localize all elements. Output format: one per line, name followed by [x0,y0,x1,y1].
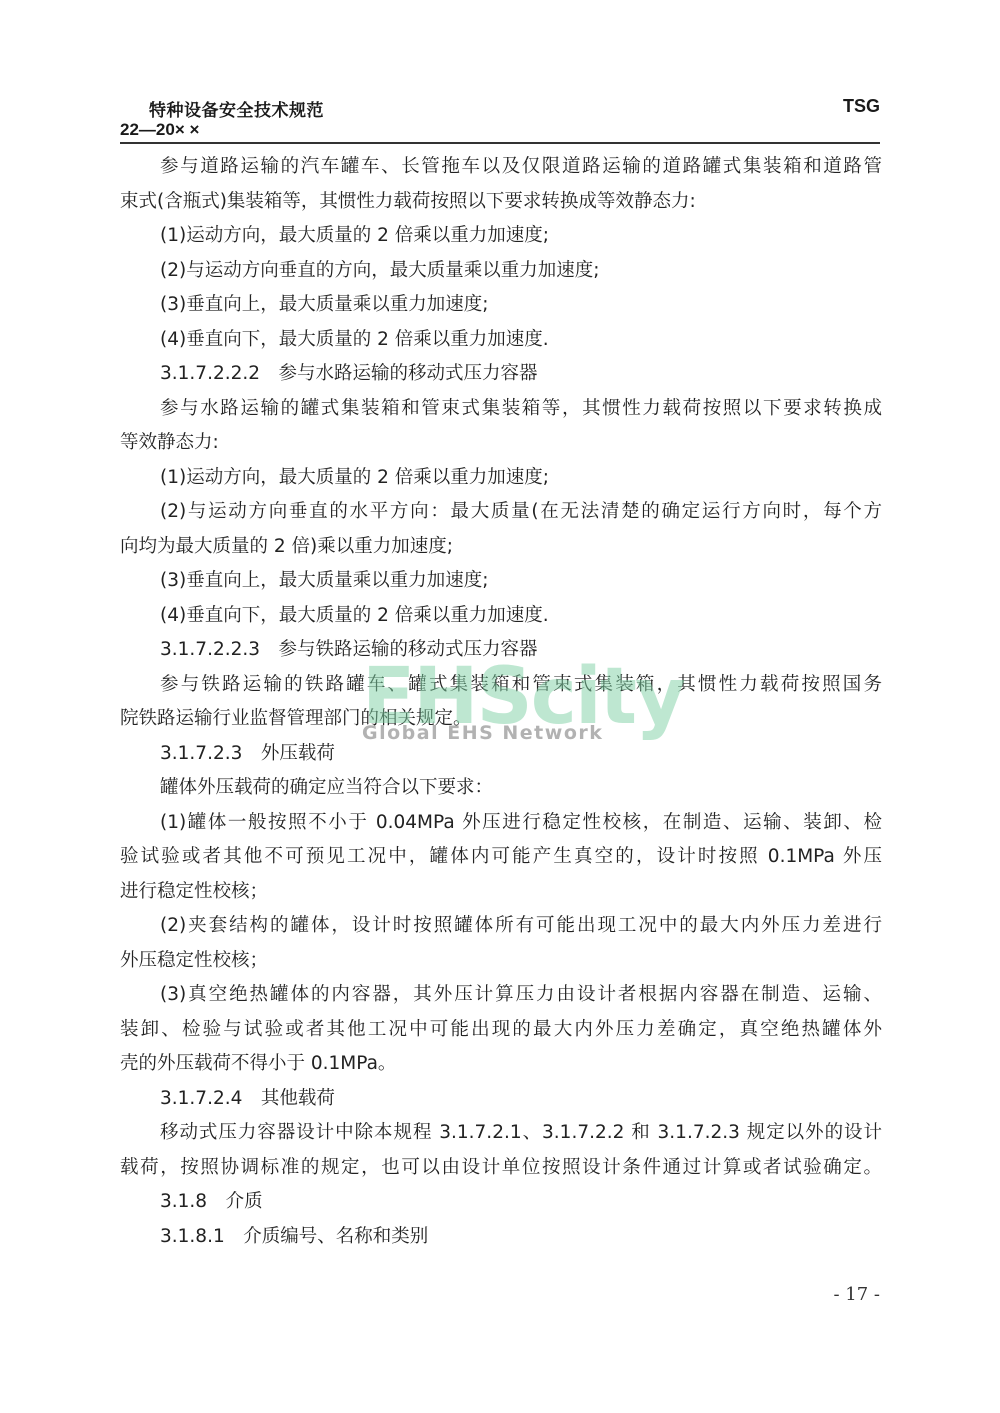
text-line: 外压稳定性校核； [120,944,882,979]
text-line: 壳的外压载荷不得小于 0.1MPa。 [120,1047,882,1082]
text-line: (1)运动方向，最大质量的 2 倍乘以重力加速度; [120,461,882,496]
text-line: 移动式压力容器设计中除本规程 3.1.7.2.1、3.1.7.2.2 和 3.1… [120,1116,882,1151]
text-line: (4)垂直向下，最大质量的 2 倍乘以重力加速度. [120,599,882,634]
text-line: (3)真空绝热罐体的内容器，其外压计算压力由设计者根据内容器在制造、运输、 [120,978,882,1013]
header-standard-code: 22—20× × [120,120,199,140]
text-line: 院铁路运输行业监督管理部门的相关规定。 [120,702,882,737]
text-line: 进行稳定性校核； [120,875,882,910]
text-line: 3.1.8.1 介质编号、名称和类别 [120,1220,882,1255]
text-line: 等效静态力: [120,426,882,461]
text-line: 3.1.7.2.4 其他载荷 [120,1082,882,1117]
document-body: 参与道路运输的汽车罐车、长管拖车以及仅限道路运输的道路罐式集装箱和道路管束式(含… [120,150,882,1254]
text-line: 验试验或者其他不可预见工况中，罐体内可能产生真空的，设计时按照 0.1MPa 外… [120,840,882,875]
header-standard-prefix: TSG [843,96,880,117]
page-number: - 17 - [833,1284,880,1305]
text-line: (2)夹套结构的罐体，设计时按照罐体所有可能出现工况中的最大内外压力差进行 [120,909,882,944]
text-line: 罐体外压载荷的确定应当符合以下要求： [120,771,882,806]
header-divider [120,142,880,144]
text-line: 向均为最大质量的 2 倍)乘以重力加速度; [120,530,882,565]
text-line: 3.1.7.2.2.3 参与铁路运输的移动式压力容器 [120,633,882,668]
text-line: (3)垂直向上，最大质量乘以重力加速度; [120,564,882,599]
text-line: (3)垂直向上，最大质量乘以重力加速度; [120,288,882,323]
text-line: 参与铁路运输的铁路罐车、罐式集装箱和管束式集装箱，其惯性力载荷按照国务 [120,668,882,703]
header-title: 特种设备安全技术规范 [149,96,324,121]
text-line: (4)垂直向下，最大质量的 2 倍乘以重力加速度. [120,323,882,358]
text-line: (1)罐体一般按照不小于 0.04MPa 外压进行稳定性校核，在制造、运输、装卸… [120,806,882,841]
text-line: 3.1.7.2.2.2 参与水路运输的移动式压力容器 [120,357,882,392]
text-line: 参与道路运输的汽车罐车、长管拖车以及仅限道路运输的道路罐式集装箱和道路管 [120,150,882,185]
text-line: 3.1.7.2.3 外压载荷 [120,737,882,772]
text-line: 载荷，按照协调标准的规定，也可以由设计单位按照设计条件通过计算或者试验确定。 [120,1151,882,1186]
text-line: (2)与运动方向垂直的方向，最大质量乘以重力加速度; [120,254,882,289]
text-line: 束式(含瓶式)集装箱等，其惯性力载荷按照以下要求转换成等效静态力: [120,185,882,220]
document-page: 特种设备安全技术规范 TSG 22—20× × 参与道路运输的汽车罐车、长管拖车… [0,0,1000,1413]
text-line: 参与水路运输的罐式集装箱和管束式集装箱等，其惯性力载荷按照以下要求转换成 [120,392,882,427]
text-line: 3.1.8 介质 [120,1185,882,1220]
text-line: (2)与运动方向垂直的水平方向：最大质量(在无法清楚的确定运行方向时，每个方 [120,495,882,530]
text-line: 装卸、检验与试验或者其他工况中可能出现的最大内外压力差确定，真空绝热罐体外 [120,1013,882,1048]
text-line: (1)运动方向，最大质量的 2 倍乘以重力加速度; [120,219,882,254]
